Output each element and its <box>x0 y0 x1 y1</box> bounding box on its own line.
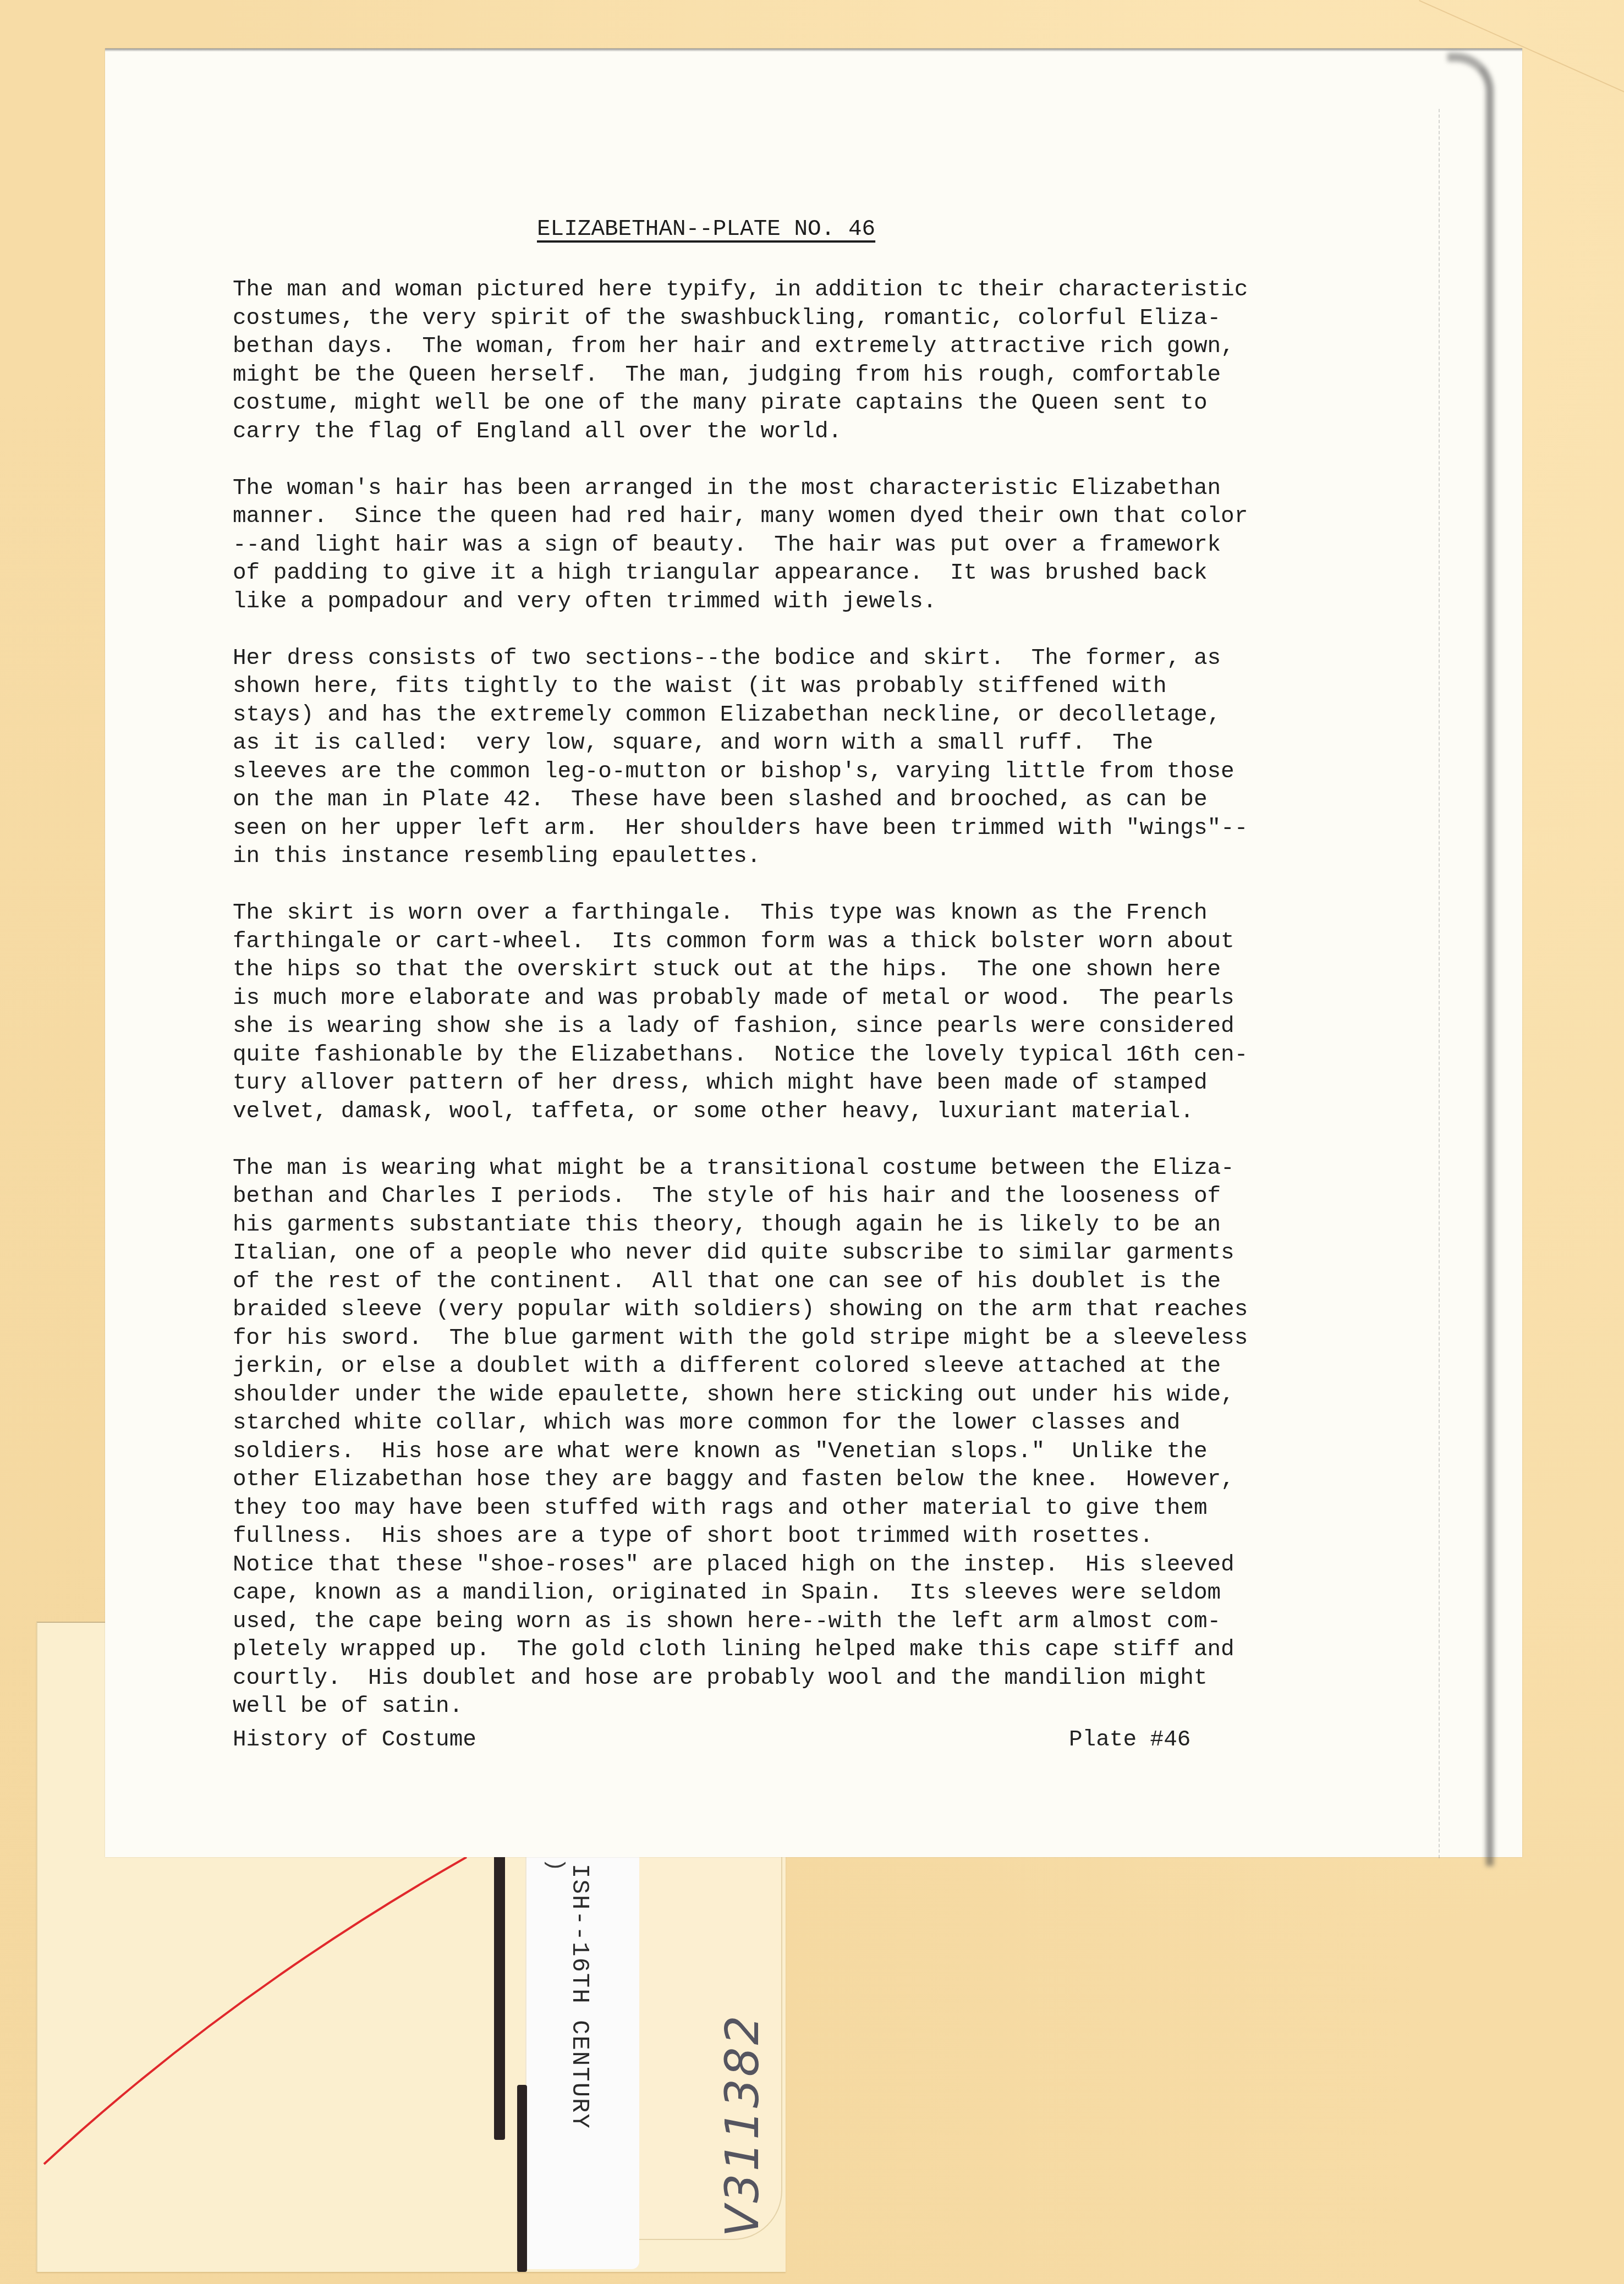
text-line: like a pompadour and very often trimmed … <box>233 588 1415 617</box>
text-line: might be the Queen herself. The man, jud… <box>233 361 1415 390</box>
text-line: --and light hair was a sign of beauty. T… <box>233 531 1415 560</box>
paragraph: The man and woman pictured here typify, … <box>233 276 1415 446</box>
page-top-edge <box>105 48 1522 52</box>
text-line: sleeves are the common leg-o-mutton or b… <box>233 758 1415 787</box>
text-line: The man is wearing what might be a trans… <box>233 1155 1415 1183</box>
text-line: for his sword. The blue garment with the… <box>233 1325 1415 1353</box>
text-line: Italian, one of a people who never did q… <box>233 1239 1415 1268</box>
text-line: The skirt is worn over a farthingale. Th… <box>233 899 1415 928</box>
text-line: velvet, damask, wool, taffeta, or some o… <box>233 1098 1415 1127</box>
marker-stroke <box>517 2085 527 2272</box>
text-line: costumes, the very spirit of the swashbu… <box>233 305 1415 333</box>
text-line: soldiers. His hose are what were known a… <box>233 1438 1415 1467</box>
text-line: quite fashionable by the Elizabethans. N… <box>233 1041 1415 1070</box>
text-line: Her dress consists of two sections--the … <box>233 645 1415 673</box>
text-line: other Elizabethan hose they are baggy an… <box>233 1466 1415 1495</box>
text-line: in this instance resembling epaulettes. <box>233 843 1415 871</box>
paragraph: The skirt is worn over a farthingale. Th… <box>233 899 1415 1126</box>
handwritten-accession-number: V311382 <box>715 2013 769 2237</box>
text-line: farthingale or cart-wheel. Its common fo… <box>233 928 1415 957</box>
text-line: cape, known as a mandilion, originated i… <box>233 1579 1415 1608</box>
text-line: bethan and Charles I periods. The style … <box>233 1183 1415 1211</box>
paragraph: Her dress consists of two sections--the … <box>233 645 1415 871</box>
text-line: fullness. His shoes are a type of short … <box>233 1523 1415 1551</box>
text-line: bethan days. The woman, from her hair an… <box>233 333 1415 361</box>
text-line: The man and woman pictured here typify, … <box>233 276 1415 305</box>
text-line: tury allover pattern of her dress, which… <box>233 1069 1415 1098</box>
text-line: of padding to give it a high triangular … <box>233 559 1415 588</box>
text-line: seen on her upper left arm. Her shoulder… <box>233 815 1415 843</box>
text-line: used, the cape being worn as is shown he… <box>233 1608 1415 1637</box>
marker-stroke <box>494 1832 505 2140</box>
text-line: braided sleeve (very popular with soldie… <box>233 1296 1415 1325</box>
text-line: starched white collar, which was more co… <box>233 1409 1415 1438</box>
text-line: jerkin, or else a doublet with a differe… <box>233 1353 1415 1381</box>
text-line: pletely wrapped up. The gold cloth linin… <box>233 1636 1415 1665</box>
text-line: Notice that these "shoe-roses" are place… <box>233 1551 1415 1580</box>
text-line: on the man in Plate 42. These have been … <box>233 786 1415 815</box>
text-line: the hips so that the overskirt stuck out… <box>233 956 1415 985</box>
text-line: shown here, fits tightly to the waist (i… <box>233 673 1415 701</box>
text-line: as it is called: very low, square, and w… <box>233 729 1415 758</box>
text-line: courtly. His doublet and hose are probab… <box>233 1665 1415 1693</box>
footer-course-name: History of Costume <box>233 1727 476 1753</box>
text-line: she is wearing show she is a lady of fas… <box>233 1013 1415 1041</box>
footer-plate-number: Plate #46 <box>1069 1727 1190 1753</box>
text-line: of the rest of the continent. All that o… <box>233 1268 1415 1297</box>
text-line: carry the flag of England all over the w… <box>233 418 1415 447</box>
text-line: is much more elaborate and was probably … <box>233 985 1415 1013</box>
text-line: costume, might well be one of the many p… <box>233 389 1415 418</box>
paragraph: The man is wearing what might be a trans… <box>233 1155 1415 1721</box>
catalog-label-partial-text: ) <box>542 1858 567 1871</box>
text-line: manner. Since the queen had red hair, ma… <box>233 503 1415 531</box>
text-line: shoulder under the wide epaulette, shown… <box>233 1381 1415 1410</box>
paragraph: The woman's hair has been arranged in th… <box>233 475 1415 617</box>
document-body: The man and woman pictured here typify, … <box>233 223 1415 1749</box>
text-line: stays) and has the extremely common Eliz… <box>233 701 1415 730</box>
typed-page: ELIZABETHAN--PLATE NO. 46 The man and wo… <box>105 48 1522 1857</box>
photocopy-fold-line <box>1439 109 1440 1858</box>
text-line: they too may have been stuffed with rags… <box>233 1495 1415 1523</box>
catalog-label-text: ISH--16TH CENTURY <box>566 1864 593 2129</box>
text-line: The woman's hair has been arranged in th… <box>233 475 1415 503</box>
text-line: well be of satin. <box>233 1693 1415 1721</box>
text-line: his garments substantiate this theory, t… <box>233 1211 1415 1240</box>
photocopy-edge-shadow <box>1447 53 1494 1866</box>
